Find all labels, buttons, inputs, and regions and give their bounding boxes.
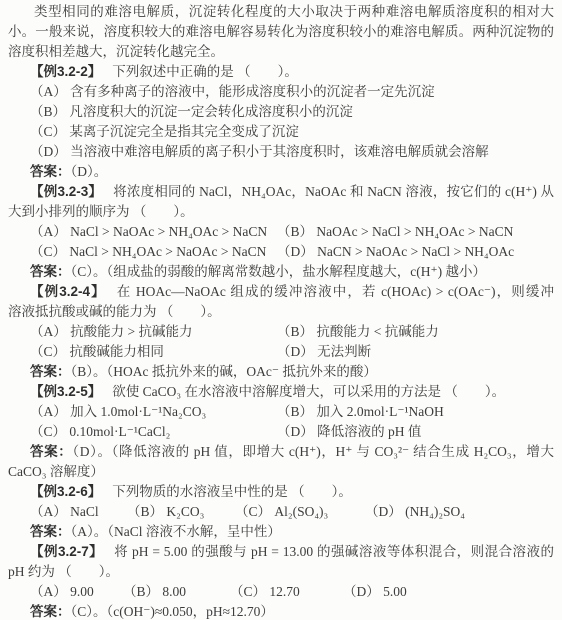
intro-line: 类型相同的难溶电解质，沉淀转化程度的大小取决于两种难溶电解质溶度积的相对大 (8, 2, 554, 22)
answer-label: 答案： (30, 364, 71, 379)
example-question: 下列叙述中正确的是 （ ）。 (112, 64, 298, 79)
answer-line: 答案：（B）。（HOAc 抵抗外来的碱，OAc⁻ 抵抗外来的酸） (8, 362, 554, 382)
answer-line: 答案：（C）。（c(OH⁻)≈0.050，pH≈12.70） (8, 602, 554, 620)
example-3-2-4: 【例3.2-4】在 HOAc—NaOAc 组成的缓冲溶液中，若 c(HOAc) … (8, 282, 554, 382)
answer-text: （C）。（c(OH⁻)≈0.050，pH≈12.70） (71, 604, 274, 619)
option-c: （C） 抗酸碱能力相同 (30, 342, 277, 362)
intro-line: 小。一般来说，溶度积较大的难溶电解容易转化为溶度积较小的难溶电解质。两种沉淀物的 (8, 22, 554, 42)
answer-line: 答案：（D）。 (8, 162, 554, 182)
answer-label: 答案： (30, 444, 72, 459)
answer-text: （B）。（HOAc 抵抗外来的碱，OAc⁻ 抵抗外来的酸） (71, 364, 377, 379)
option-d: （D） 当溶液中难溶电解质的离子积小于其溶度积时，该难溶电解质就会溶解 (8, 142, 554, 162)
answer-label: 答案： (30, 604, 71, 619)
example-3-2-3: 【例3.2-3】将浓度相同的 NaCl，NH₄OAc，NaOAc 和 NaCN … (8, 182, 554, 282)
example-label: 【例3.2-3】 (30, 184, 102, 199)
answer-line-cont: CaCO₃ 溶解度） (8, 462, 554, 482)
example-question: 下列物质的水溶液呈中性的是 （ ）。 (112, 484, 352, 499)
answer-text: （D）。（降低溶液的 pH 值，即增大 c(H⁺)，H⁺ 与 CO₃²⁻ 结合生… (72, 444, 554, 459)
example-3-2-6: 【例3.2-6】下列物质的水溶液呈中性的是 （ ）。 （A） NaCl （B） … (8, 482, 554, 542)
option-a: （A） NaCl (30, 502, 127, 522)
option-c: （C） 某离子沉淀完全是指其完全变成了沉淀 (8, 122, 554, 142)
option-b: （B） 8.00 (123, 582, 230, 602)
option-a: （A） 9.00 (30, 582, 123, 602)
option-b: （B） 加入 2.0mol·L⁻¹NaOH (277, 402, 554, 422)
example-heading: 【例3.2-3】将浓度相同的 NaCl，NH₄OAc，NaOAc 和 NaCN … (8, 182, 554, 202)
example-3-2-7: 【例3.2-7】将 pH = 5.00 的强酸与 pH = 13.00 的强碱溶… (8, 542, 554, 620)
example-question-cont: pH 约为 （ ）。 (8, 562, 554, 582)
option-c: （C） NaCl > NH₄OAc > NaOAc > NaCN (30, 242, 277, 262)
option-c: （C） Al₂(SO₄)₃ (235, 502, 365, 522)
option-d: （D） 无法判断 (277, 342, 554, 362)
example-heading: 【例3.2-2】下列叙述中正确的是 （ ）。 (8, 62, 554, 82)
example-heading: 【例3.2-4】在 HOAc—NaOAc 组成的缓冲溶液中，若 c(HOAc) … (8, 282, 554, 302)
answer-label: 答案： (30, 524, 71, 539)
option-c: （C） 12.70 (230, 582, 343, 602)
options: （A） 9.00 （B） 8.00 （C） 12.70 （D） 5.00 (8, 582, 554, 602)
intro-paragraph: 类型相同的难溶电解质，沉淀转化程度的大小取决于两种难溶电解质溶度积的相对大 小。… (8, 2, 554, 62)
option-b: （B） 凡溶度积大的沉淀一定会转化成溶度积小的沉淀 (8, 102, 554, 122)
answer-text: （A）。（NaCl 溶液不水解，呈中性） (71, 524, 281, 539)
options: （A） 抗酸能力 > 抗碱能力 （B） 抗酸能力 < 抗碱能力 （C） 抗酸碱能… (8, 322, 554, 362)
option-d: （D） 5.00 (343, 582, 554, 602)
option-b: （B） NaOAc > NaCl > NH₄OAc > NaCN (277, 222, 554, 242)
example-question: 将浓度相同的 NaCl，NH₄OAc，NaOAc 和 NaCN 溶液，按它们的 … (113, 184, 554, 199)
options: （A） NaCl （B） K₂CO₃ （C） Al₂(SO₄)₃ （D） (NH… (8, 502, 554, 522)
option-a: （A） 含有多种离子的溶液中，能形成溶度积小的沉淀者一定先沉淀 (8, 82, 554, 102)
answer-text: （D）。 (71, 164, 108, 179)
example-question: 在 HOAc—NaOAc 组成的缓冲溶液中，若 c(HOAc) > c(OAc⁻… (117, 284, 554, 299)
example-heading: 【例3.2-5】欲使 CaCO₃ 在水溶液中溶解度增大，可以采用的方法是 （ ）… (8, 382, 554, 402)
option-a: （A） 加入 1.0mol·L⁻¹Na₂CO₃ (30, 402, 277, 422)
answer-line: 答案：（A）。（NaCl 溶液不水解，呈中性） (8, 522, 554, 542)
example-question-cont: 大到小排列的顺序为 （ ）。 (8, 202, 554, 222)
options: （A） NaCl > NaOAc > NH₄OAc > NaCN （B） NaO… (8, 222, 554, 262)
example-question-cont: 溶液抵抗酸或碱的能力为 （ ）。 (8, 302, 554, 322)
option-d: （D） 降低溶液的 pH 值 (277, 422, 554, 442)
option-a: （A） NaCl > NaOAc > NH₄OAc > NaCN (30, 222, 277, 242)
example-3-2-5: 【例3.2-5】欲使 CaCO₃ 在水溶液中溶解度增大，可以采用的方法是 （ ）… (8, 382, 554, 482)
option-c: （C） 0.10mol·L⁻¹CaCl₂ (30, 422, 277, 442)
answer-label: 答案： (30, 264, 71, 279)
options: （A） 加入 1.0mol·L⁻¹Na₂CO₃ （B） 加入 2.0mol·L⁻… (8, 402, 554, 442)
example-question: 欲使 CaCO₃ 在水溶液中溶解度增大，可以采用的方法是 （ ）。 (112, 384, 505, 399)
option-b: （B） 抗酸能力 < 抗碱能力 (277, 322, 554, 342)
example-label: 【例3.2-2】 (30, 64, 101, 79)
option-d: （D） NaCN > NaOAc > NaCl > NH₄OAc (277, 242, 554, 262)
example-label: 【例3.2-7】 (30, 544, 103, 559)
example-label: 【例3.2-6】 (30, 484, 101, 499)
example-label: 【例3.2-4】 (30, 284, 106, 299)
answer-label: 答案： (30, 164, 71, 179)
example-3-2-2: 【例3.2-2】下列叙述中正确的是 （ ）。 （A） 含有多种离子的溶液中，能形… (8, 62, 554, 182)
example-heading: 【例3.2-6】下列物质的水溶液呈中性的是 （ ）。 (8, 482, 554, 502)
option-d: （D） (NH₄)₂SO₄ (365, 502, 554, 522)
example-label: 【例3.2-5】 (30, 384, 101, 399)
answer-line: 答案：（D）。（降低溶液的 pH 值，即增大 c(H⁺)，H⁺ 与 CO₃²⁻ … (8, 442, 554, 462)
option-b: （B） K₂CO₃ (127, 502, 235, 522)
textbook-page: 类型相同的难溶电解质，沉淀转化程度的大小取决于两种难溶电解质溶度积的相对大 小。… (0, 0, 562, 620)
answer-text: （C）。（组成盐的弱酸的解离常数越小，盐水解程度越大，c(H⁺) 越小） (71, 264, 487, 279)
intro-line: 溶度积相差越大，沉淀转化越完全。 (8, 42, 554, 62)
example-heading: 【例3.2-7】将 pH = 5.00 的强酸与 pH = 13.00 的强碱溶… (8, 542, 554, 562)
option-a: （A） 抗酸能力 > 抗碱能力 (30, 322, 277, 342)
answer-line: 答案：（C）。（组成盐的弱酸的解离常数越小，盐水解程度越大，c(H⁺) 越小） (8, 262, 554, 282)
example-question: 将 pH = 5.00 的强酸与 pH = 13.00 的强碱溶液等体积混合，则… (114, 544, 554, 559)
